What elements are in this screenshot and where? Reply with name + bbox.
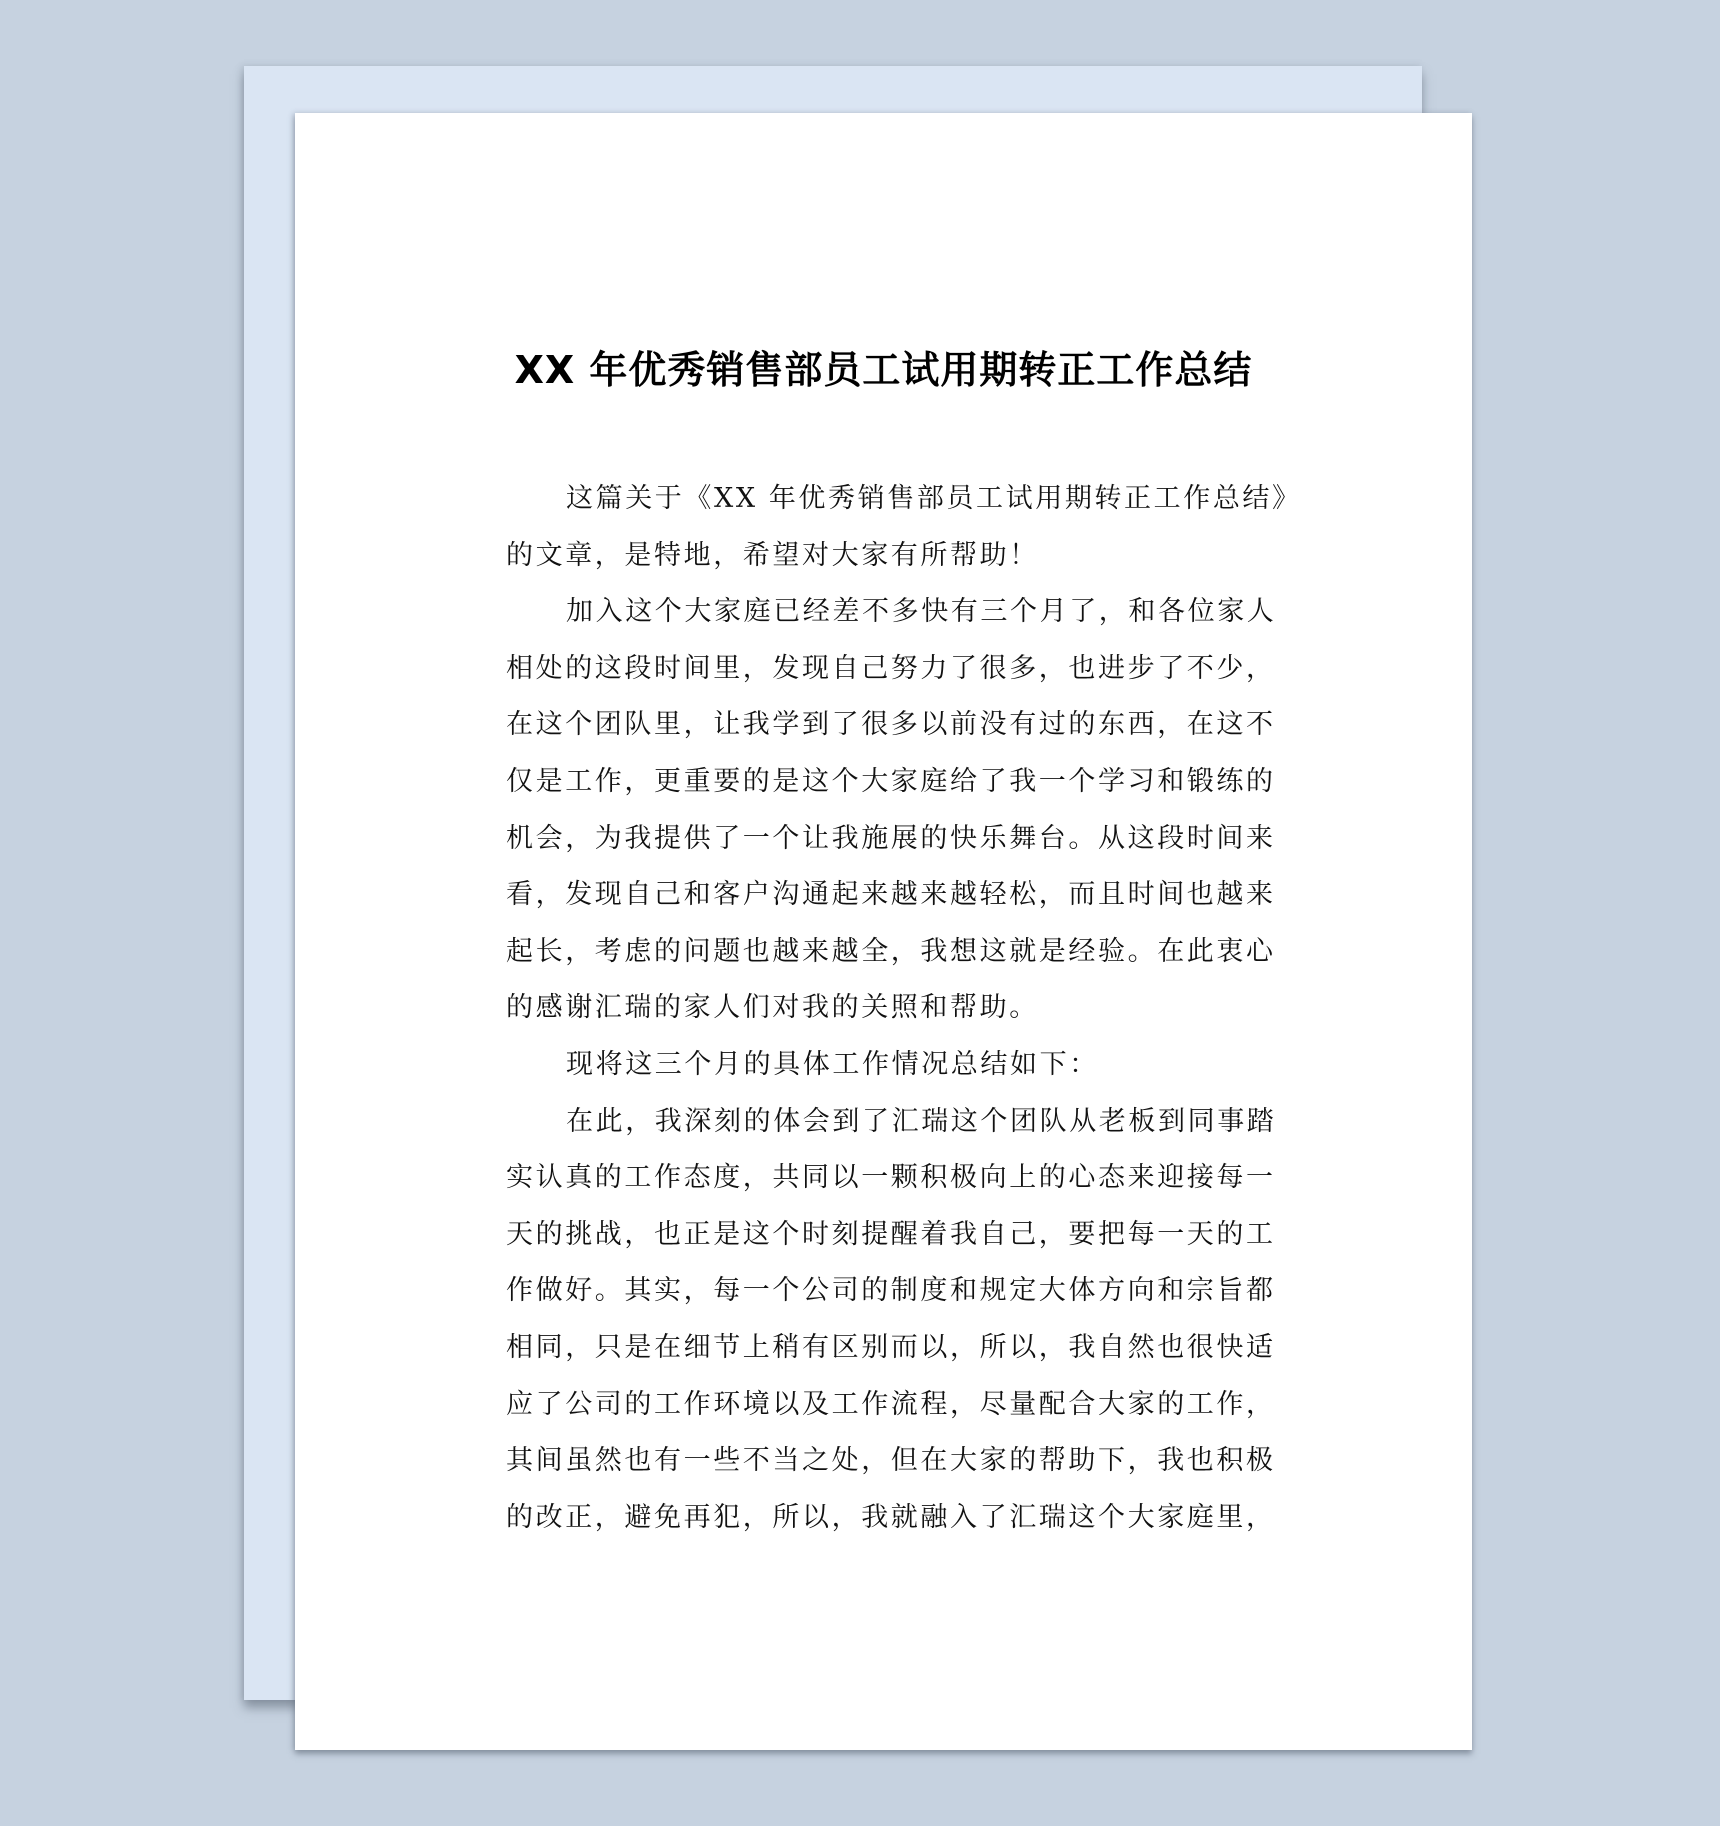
paragraph-line: 机会，为我提供了一个让我施展的快乐舞台。从这段时间来 — [506, 811, 1266, 868]
document-page: XX 年优秀销售部员工试用期转正工作总结 这篇关于《XX 年优秀销售部员工试用期… — [295, 113, 1472, 1750]
paragraph-line: 实认真的工作态度，共同以一颗积极向上的心态来迎接每一 — [506, 1150, 1266, 1207]
document-title: XX 年优秀销售部员工试用期转正工作总结 — [295, 339, 1472, 394]
paragraph-line: 现将这三个月的具体工作情况总结如下： — [506, 1037, 1266, 1094]
paragraph-line: 这篇关于《XX 年优秀销售部员工试用期转正工作总结》 — [506, 471, 1266, 528]
paragraph-line: 在此，我深刻的体会到了汇瑞这个团队从老板到同事踏 — [506, 1094, 1266, 1151]
paragraph-line: 应了公司的工作环境以及工作流程，尽量配合大家的工作， — [506, 1377, 1266, 1434]
paragraph-line: 看，发现自己和客户沟通起来越来越轻松，而且时间也越来 — [506, 867, 1266, 924]
paragraph-line: 在这个团队里，让我学到了很多以前没有过的东西，在这不 — [506, 697, 1266, 754]
paragraph-line: 其间虽然也有一些不当之处，但在大家的帮助下，我也积极 — [506, 1433, 1266, 1490]
paragraph-line: 的改正，避免再犯，所以，我就融入了汇瑞这个大家庭里， — [506, 1490, 1266, 1547]
paragraph-line: 仅是工作，更重要的是这个大家庭给了我一个学习和锻练的 — [506, 754, 1266, 811]
paragraph-line: 作做好。其实，每一个公司的制度和规定大体方向和宗旨都 — [506, 1263, 1266, 1320]
paragraph-line: 相处的这段时间里，发现自己努力了很多，也进步了不少， — [506, 641, 1266, 698]
paragraph-line: 相同，只是在细节上稍有区别而以，所以，我自然也很快适 — [506, 1320, 1266, 1377]
paragraph-line: 的文章，是特地，希望对大家有所帮助！ — [506, 528, 1266, 585]
document-body: 这篇关于《XX 年优秀销售部员工试用期转正工作总结》 的文章，是特地，希望对大家… — [506, 471, 1266, 1546]
paragraph-line: 的感谢汇瑞的家人们对我的关照和帮助。 — [506, 980, 1266, 1037]
paragraph-line: 起长，考虑的问题也越来越全，我想这就是经验。在此衷心 — [506, 924, 1266, 981]
paragraph-line: 加入这个大家庭已经差不多快有三个月了，和各位家人 — [506, 584, 1266, 641]
paragraph-line: 天的挑战，也正是这个时刻提醒着我自己，要把每一天的工 — [506, 1207, 1266, 1264]
